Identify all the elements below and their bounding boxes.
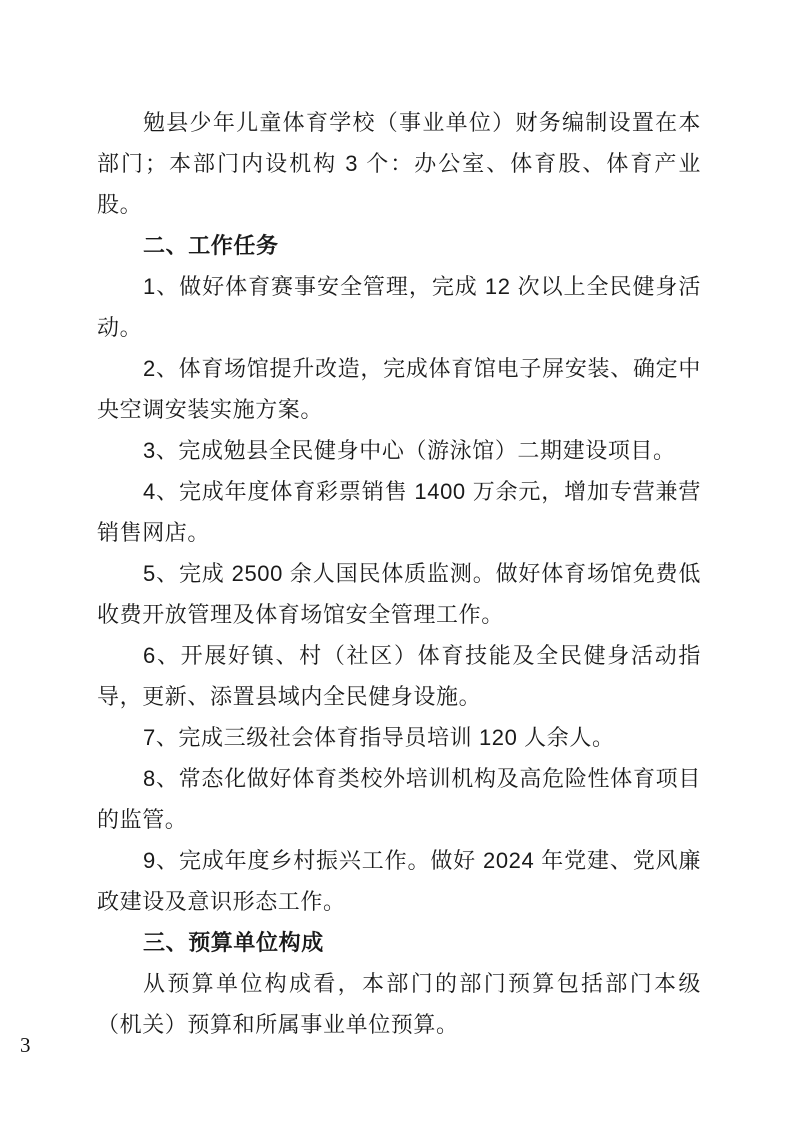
para-budget-composition: 从预算单位构成看，本部门的部门预算包括部门本级（机关）预算和所属事业单位预算。 xyxy=(97,963,701,1045)
task-6: 6、开展好镇、村（社区）体育技能及全民健身活动指导，更新、添置县域内全民健身设施… xyxy=(97,635,701,717)
heading-budget-composition: 三、预算单位构成 xyxy=(97,922,701,963)
task-7: 7、完成三级社会体育指导员培训 120 人余人。 xyxy=(97,717,701,758)
page-number: 3 xyxy=(20,1032,31,1058)
document-page: 勉县少年儿童体育学校（事业单位）财务编制设置在本部门；本部门内设机构 3 个：办… xyxy=(97,102,701,1045)
task-5: 5、完成 2500 余人国民体质监测。做好体育场馆免费低收费开放管理及体育场馆安… xyxy=(97,553,701,635)
para-org-setup: 勉县少年儿童体育学校（事业单位）财务编制设置在本部门；本部门内设机构 3 个：办… xyxy=(97,102,701,225)
task-2: 2、体育场馆提升改造，完成体育馆电子屏安装、确定中央空调安装实施方案。 xyxy=(97,348,701,430)
task-8: 8、常态化做好体育类校外培训机构及高危险性体育项目的监管。 xyxy=(97,758,701,840)
task-4: 4、完成年度体育彩票销售 1400 万余元，增加专营兼营销售网店。 xyxy=(97,471,701,553)
task-3: 3、完成勉县全民健身中心（游泳馆）二期建设项目。 xyxy=(97,430,701,471)
heading-work-tasks: 二、工作任务 xyxy=(97,225,701,266)
task-1: 1、做好体育赛事安全管理，完成 12 次以上全民健身活动。 xyxy=(97,266,701,348)
task-9: 9、完成年度乡村振兴工作。做好 2024 年党建、党风廉政建设及意识形态工作。 xyxy=(97,840,701,922)
